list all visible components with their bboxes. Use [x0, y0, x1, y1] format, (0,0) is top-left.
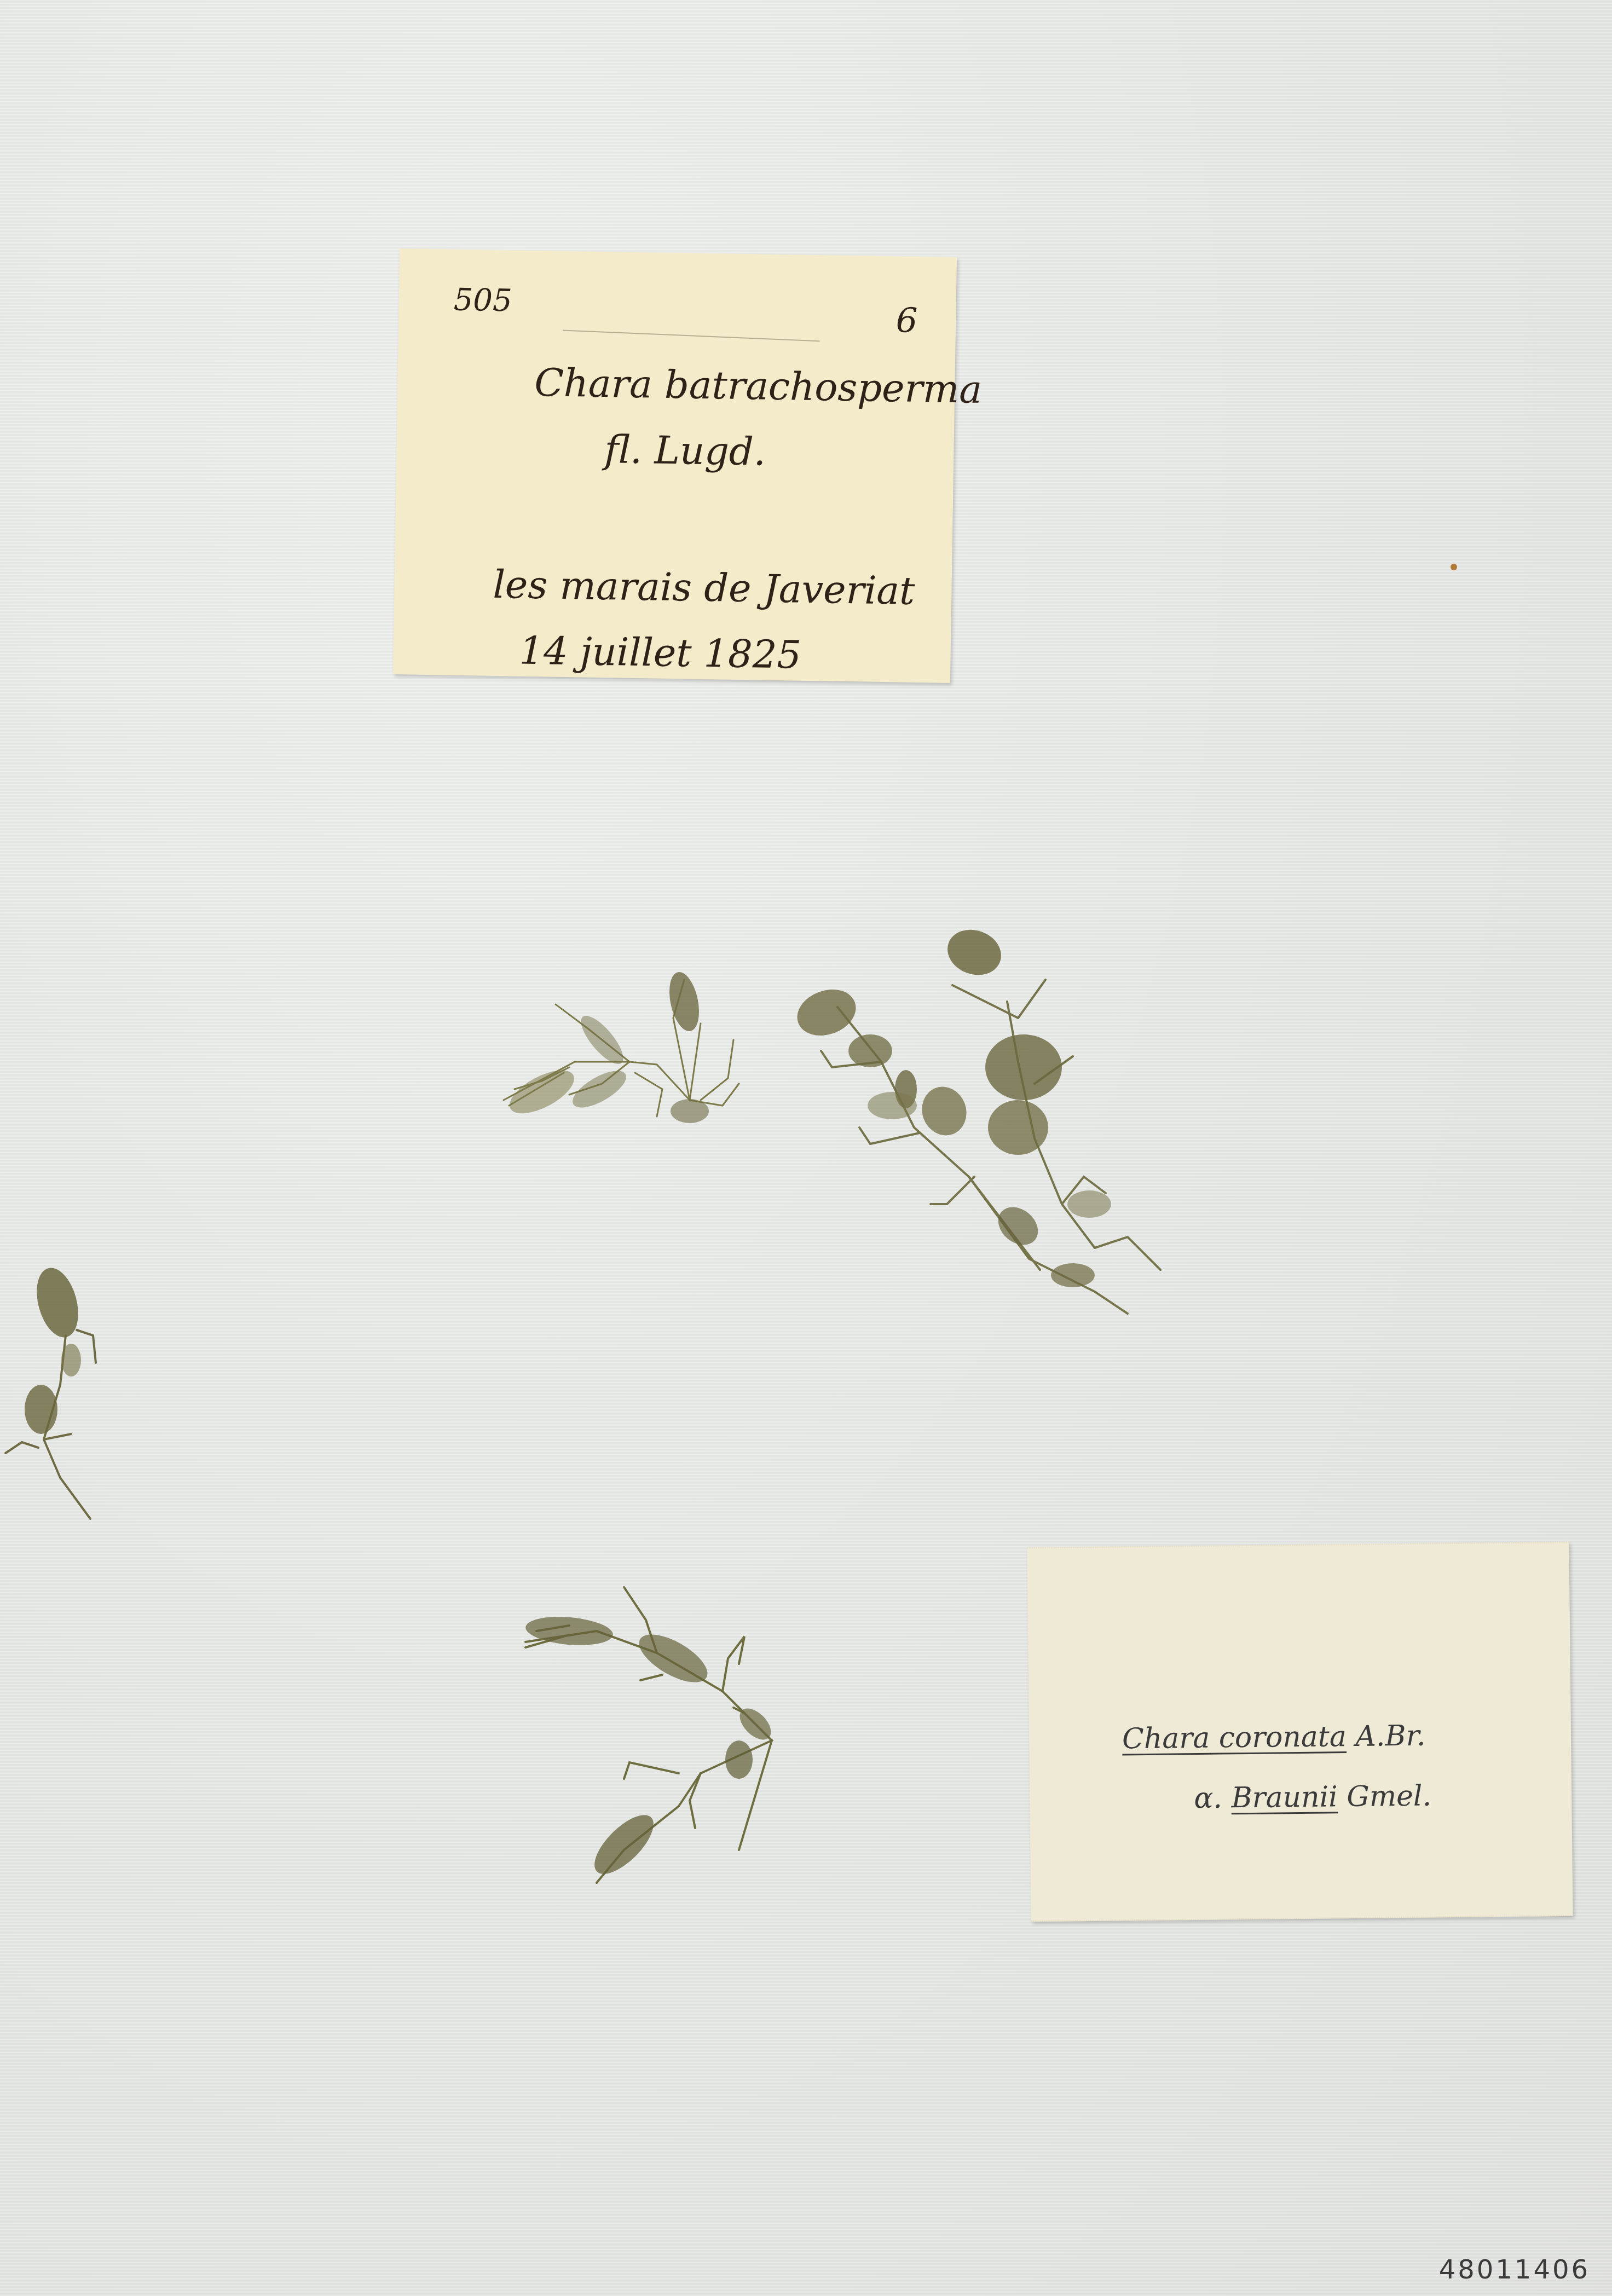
locality: les marais de Javeriat	[493, 562, 915, 614]
specimen-left-edge-fragment	[0, 1259, 109, 1532]
collection-number: 505	[453, 282, 512, 319]
epithet: coronata	[1218, 1720, 1347, 1754]
paper-speck	[1451, 564, 1457, 570]
variety-prefix: α.	[1194, 1782, 1222, 1815]
catalog-number: 48011406	[1439, 2254, 1590, 2285]
determination-label: Chara coronata A.Br. α. Braunii Gmel.	[1027, 1542, 1573, 1922]
taxon-name: Chara batrachosperma	[534, 360, 983, 412]
variety-author: Gmel.	[1347, 1779, 1431, 1813]
variety-line: α. Braunii Gmel.	[1194, 1779, 1431, 1815]
specimen-large-branch	[788, 919, 1171, 1325]
genus: Chara	[1122, 1722, 1210, 1756]
specimen-lower-curved	[515, 1576, 810, 1927]
label-rule-line	[563, 330, 820, 342]
collection-date: 14 juillet 1825	[519, 628, 801, 678]
page-number: 6	[895, 300, 918, 340]
taxon-author: A.Br.	[1355, 1720, 1426, 1753]
variety-name: Braunii	[1231, 1780, 1338, 1814]
specimen-small-cluster	[493, 963, 755, 1149]
original-collection-label: 505 6 Chara batrachosperma fl. Lugd. les…	[393, 248, 957, 683]
flora-reference: fl. Lugd.	[604, 427, 766, 475]
determination-taxon: Chara coronata A.Br.	[1122, 1720, 1426, 1756]
